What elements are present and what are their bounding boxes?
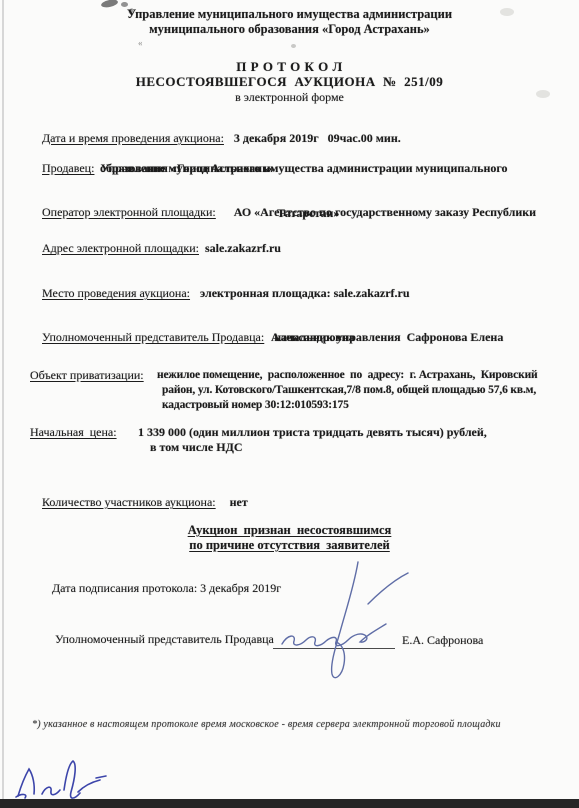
signer-name: Е.А. Сафронова [402, 633, 483, 648]
field-object-line1: нежилое помещение, расположенное по адре… [157, 368, 538, 383]
signature-row-label: Уполномоченный представитель Продавца [55, 632, 274, 647]
field-price-line1: 1 339 000 (один миллион триста тридцать … [138, 425, 487, 440]
doc-title-line1: П Р О Т О К О Л [0, 59, 579, 74]
handwritten-initials [8, 752, 118, 806]
scan-bottom-bar [0, 799, 579, 808]
field-object-line2: район, ул. Котовского/Ташкентская,7/8 по… [162, 383, 536, 398]
field-object-label: Объект приватизации: [30, 368, 144, 383]
field-label: Оператор электронной площадки: [42, 205, 216, 219]
handwritten-signature [268, 548, 448, 688]
field-object-line3: кадастровый номер 30:12:010593:175 [162, 398, 349, 413]
field-price-line2: в том числе НДС [150, 440, 242, 455]
scan-speck [291, 44, 296, 48]
field-price-label: Начальная цена: [30, 425, 117, 440]
org-name-line2: муниципального образования «Город Астрах… [0, 22, 579, 37]
stray-mark: « [138, 38, 143, 48]
field-label: Продавец: [42, 161, 94, 175]
footnote: *) указанное в настоящем протоколе время… [32, 717, 501, 732]
result-statement-line1: Аукцион признан несостоявшимся [0, 523, 579, 538]
scan-edge-artifact [2, 0, 4, 799]
field-platform-address: Адрес электронной площадки:sale.zakazrf.… [30, 226, 281, 271]
result-statement-line2: по причине отсутствия заявителей [0, 538, 579, 553]
field-representative: Уполномоченный представитель Продавца:на… [30, 315, 503, 360]
field-representative-line2: Александровна [271, 330, 355, 345]
signature-underline [273, 634, 395, 649]
scanned-protocol-page: « Управление муниципального имущества ад… [0, 0, 579, 808]
field-value: электронная площадка: sale.zakazrf.ru [200, 286, 410, 300]
field-seller-line2: образования «Город Астрахань» [100, 161, 274, 176]
doc-title-line3: в электронной форме [0, 90, 579, 105]
org-name-line1: Управление муниципального имущества адми… [0, 7, 579, 22]
field-label: Уполномоченный представитель Продавца: [42, 330, 264, 344]
field-label: Место проведения аукциона: [42, 286, 190, 300]
field-operator-line2: Татарстан» [277, 206, 339, 221]
field-value: 3 декабря 2019г 09час.00 мин. [234, 131, 401, 145]
doc-title-line2: НЕСОСТОЯВШЕГОСЯ АУКЦИОНА № 251/09 [0, 74, 579, 89]
field-label: Количество участников аукциона: [42, 495, 216, 509]
field-value: нет [230, 495, 248, 509]
field-label: Дата и время проведения аукциона: [42, 131, 224, 145]
field-value: sale.zakazrf.ru [205, 241, 281, 255]
field-label: Адрес электронной площадки: [42, 241, 199, 255]
field-participants: Количество участников аукциона:нет [30, 480, 248, 525]
signing-date: Дата подписания протокола: 3 декабря 201… [52, 581, 281, 596]
field-venue: Место проведения аукциона:электронная пл… [30, 271, 410, 316]
